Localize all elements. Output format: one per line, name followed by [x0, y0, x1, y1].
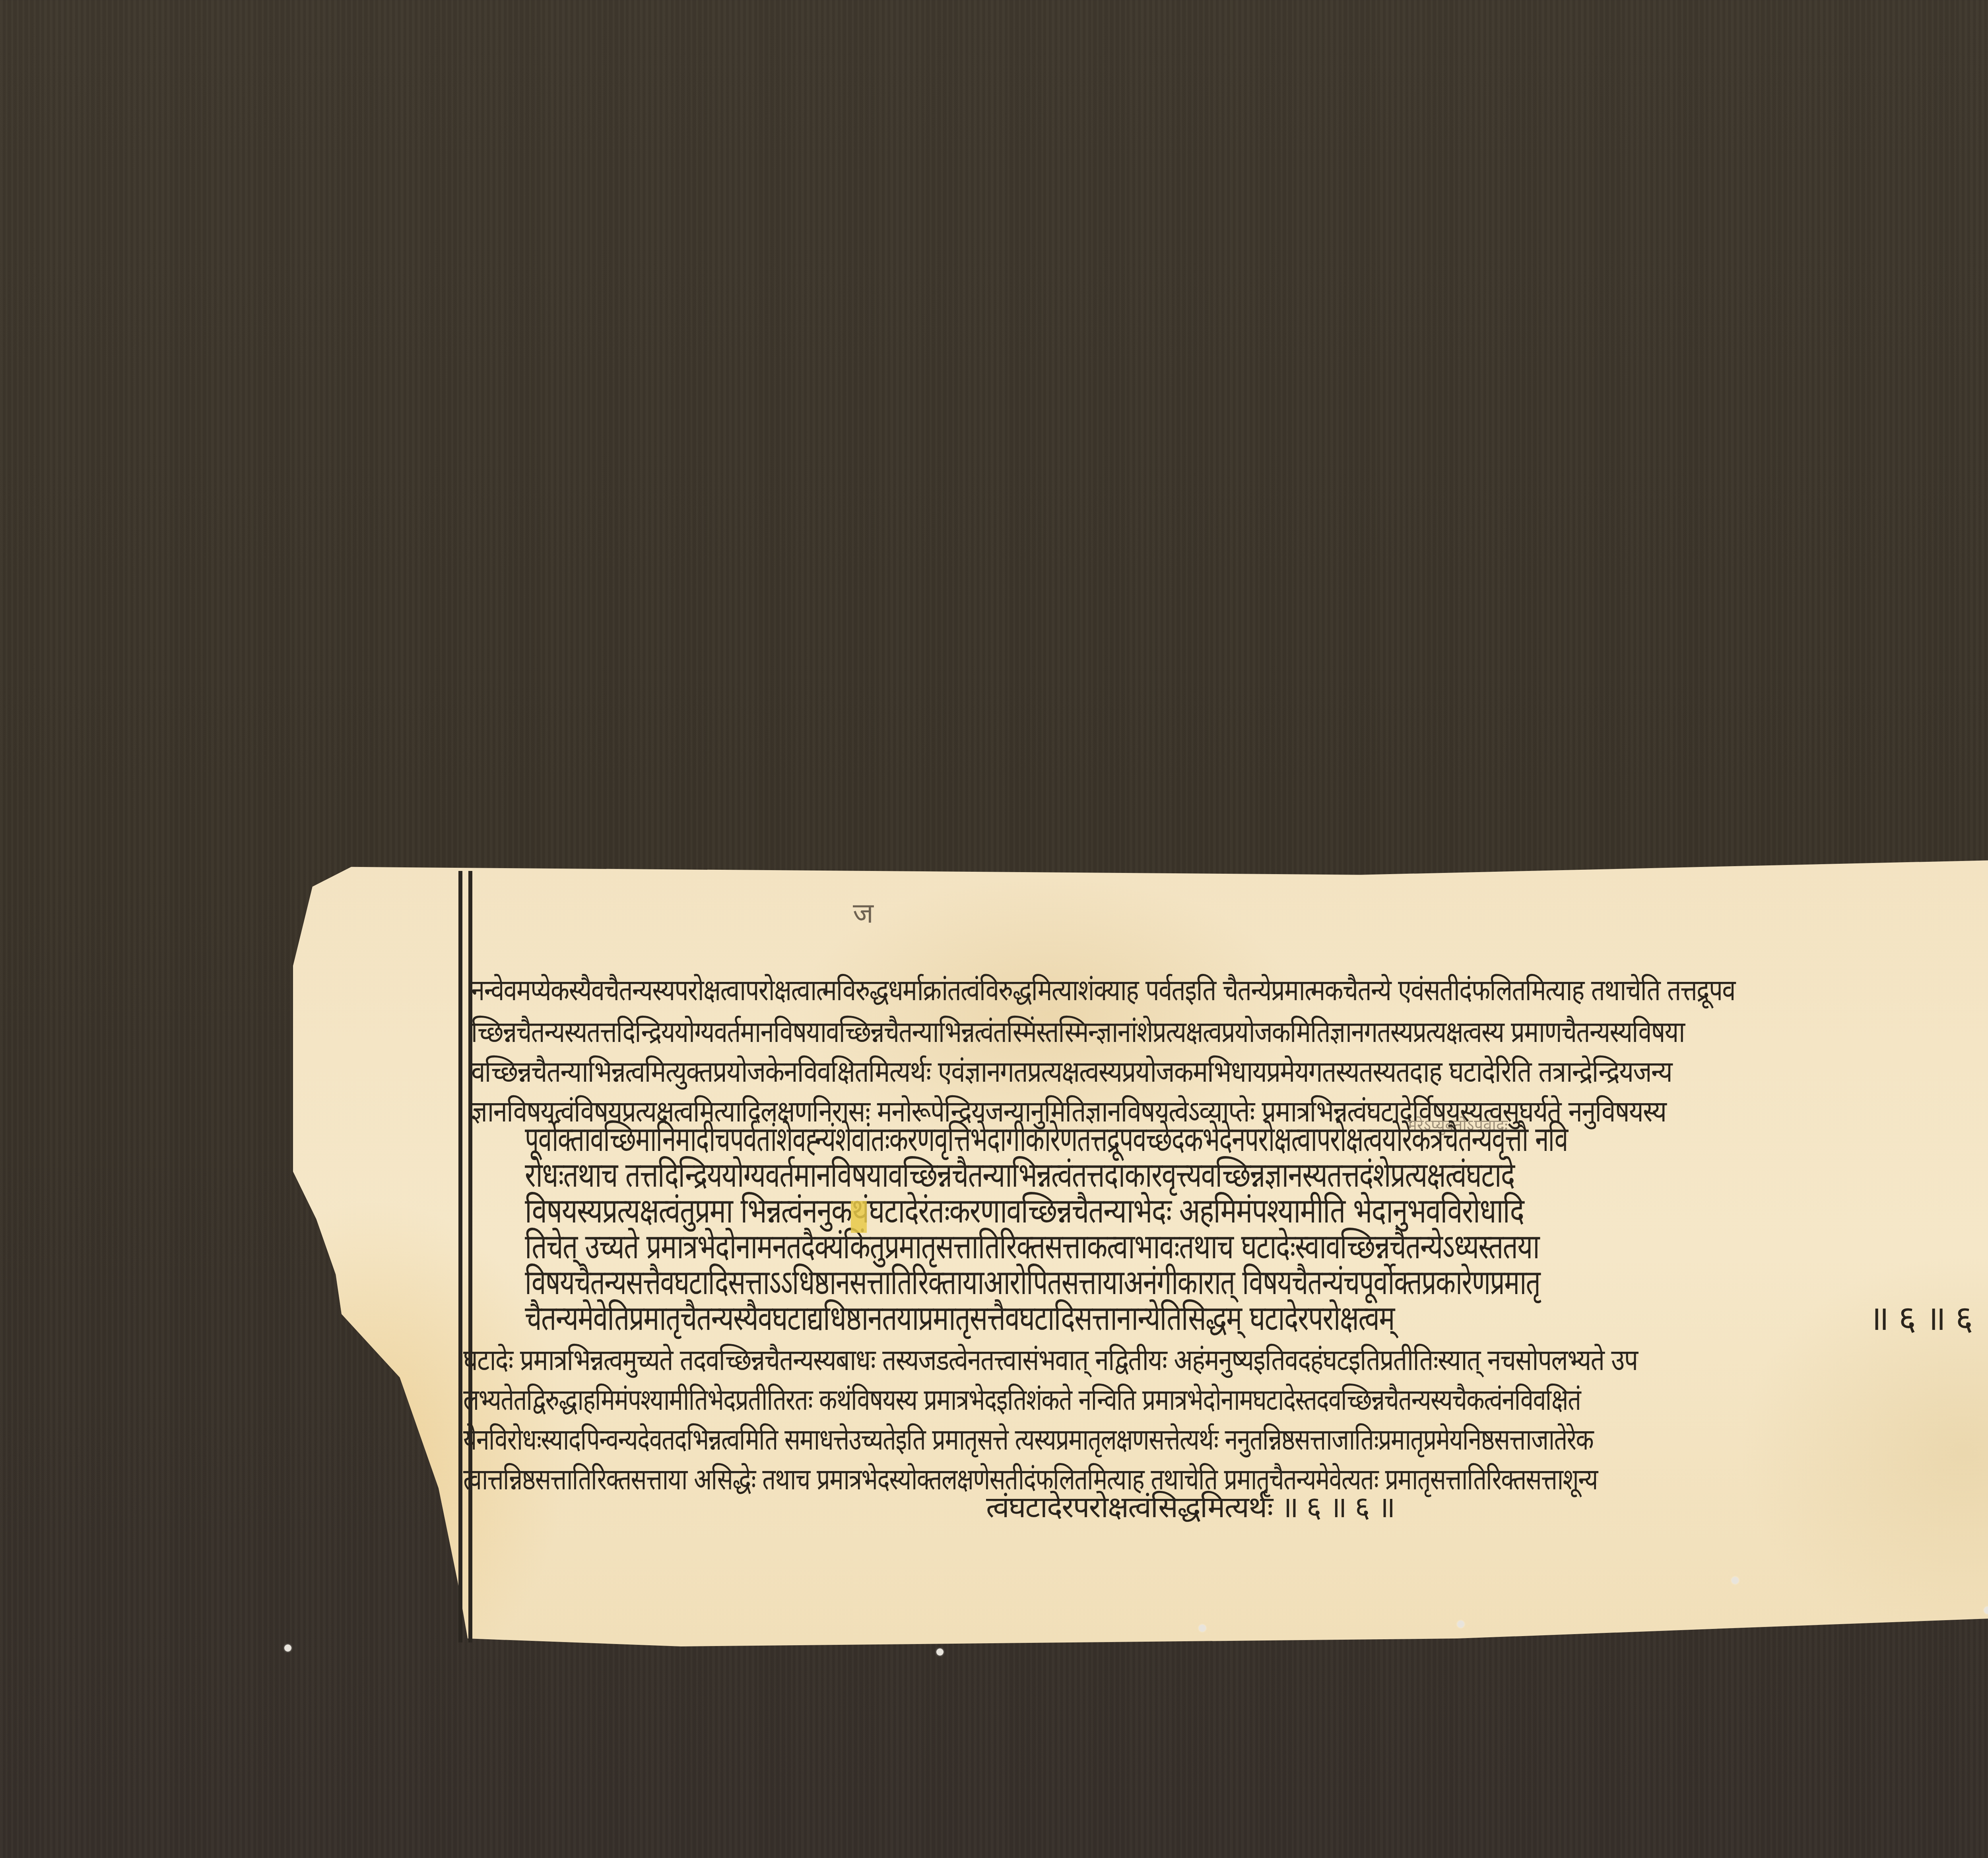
- mounting-pin: [284, 1644, 291, 1652]
- verse-line: तिचेत् उच्यते प्रमात्रभेदोनामनतदैक्यंकिं…: [525, 1227, 1539, 1267]
- verse-line: विषयस्यप्रत्यक्षत्वंतुप्रमा भिन्नत्वंननु…: [525, 1191, 1524, 1231]
- commentary-line: घटादेः प्रमात्रभिन्नत्वमुच्यते तदवच्छिन्…: [463, 1340, 1637, 1380]
- commentary-line: च्छिन्नचैतन्यस्यतत्तदिन्द्रिययोग्यवर्तमा…: [471, 1012, 1684, 1052]
- verse-line: विषयचैतन्यसत्तैवघटादिसत्ताऽऽधिष्ठानसत्ता…: [525, 1263, 1540, 1302]
- mounting-pin: [1457, 1621, 1464, 1628]
- commentary-line: येनविरोधःस्यादपिन्वन्यदेवतदभिन्नत्वमिति …: [463, 1420, 1593, 1460]
- folio-marker: ज: [853, 893, 874, 931]
- yellow-highlight-mark: [851, 1201, 867, 1233]
- mounting-pin: [1199, 1625, 1206, 1632]
- commentary-line: लभ्यतेतद्विरुद्धाहमिमंपश्यामीतिभेदप्रतीत…: [463, 1380, 1580, 1420]
- verse-line: पूर्वोक्तावच्छिमानिमादीचपर्वतांशेवह्न्यं…: [525, 1119, 1568, 1159]
- commentary-line: नन्वेवमप्येकस्यैवचैतन्यस्यपरोक्षत्वापरोक…: [471, 970, 1735, 1010]
- mounting-pin: [1732, 1577, 1739, 1584]
- mounting-pin: [936, 1648, 944, 1656]
- verse-line: चैतन्यमेवेतिप्रमातृचैतन्यस्यैवघटाद्यधिष्…: [525, 1298, 1394, 1338]
- commentary-line: वच्छिन्नचैतन्याभिन्नत्वमित्युक्तप्रयोजके…: [471, 1052, 1672, 1092]
- commentary-closing-line: त्वंघटादेरपरोक्षत्वंसिद्धमित्यर्थः ॥ ६ ॥…: [986, 1487, 1395, 1527]
- left-margin-rule-outer: [458, 871, 462, 1642]
- verse-number: ॥ ६ ॥ ६ ॥: [1869, 1298, 1988, 1338]
- verse-line: रोधःतथाच तत्तदिन्द्रिययोग्यवर्तमानविषयाव…: [525, 1155, 1514, 1195]
